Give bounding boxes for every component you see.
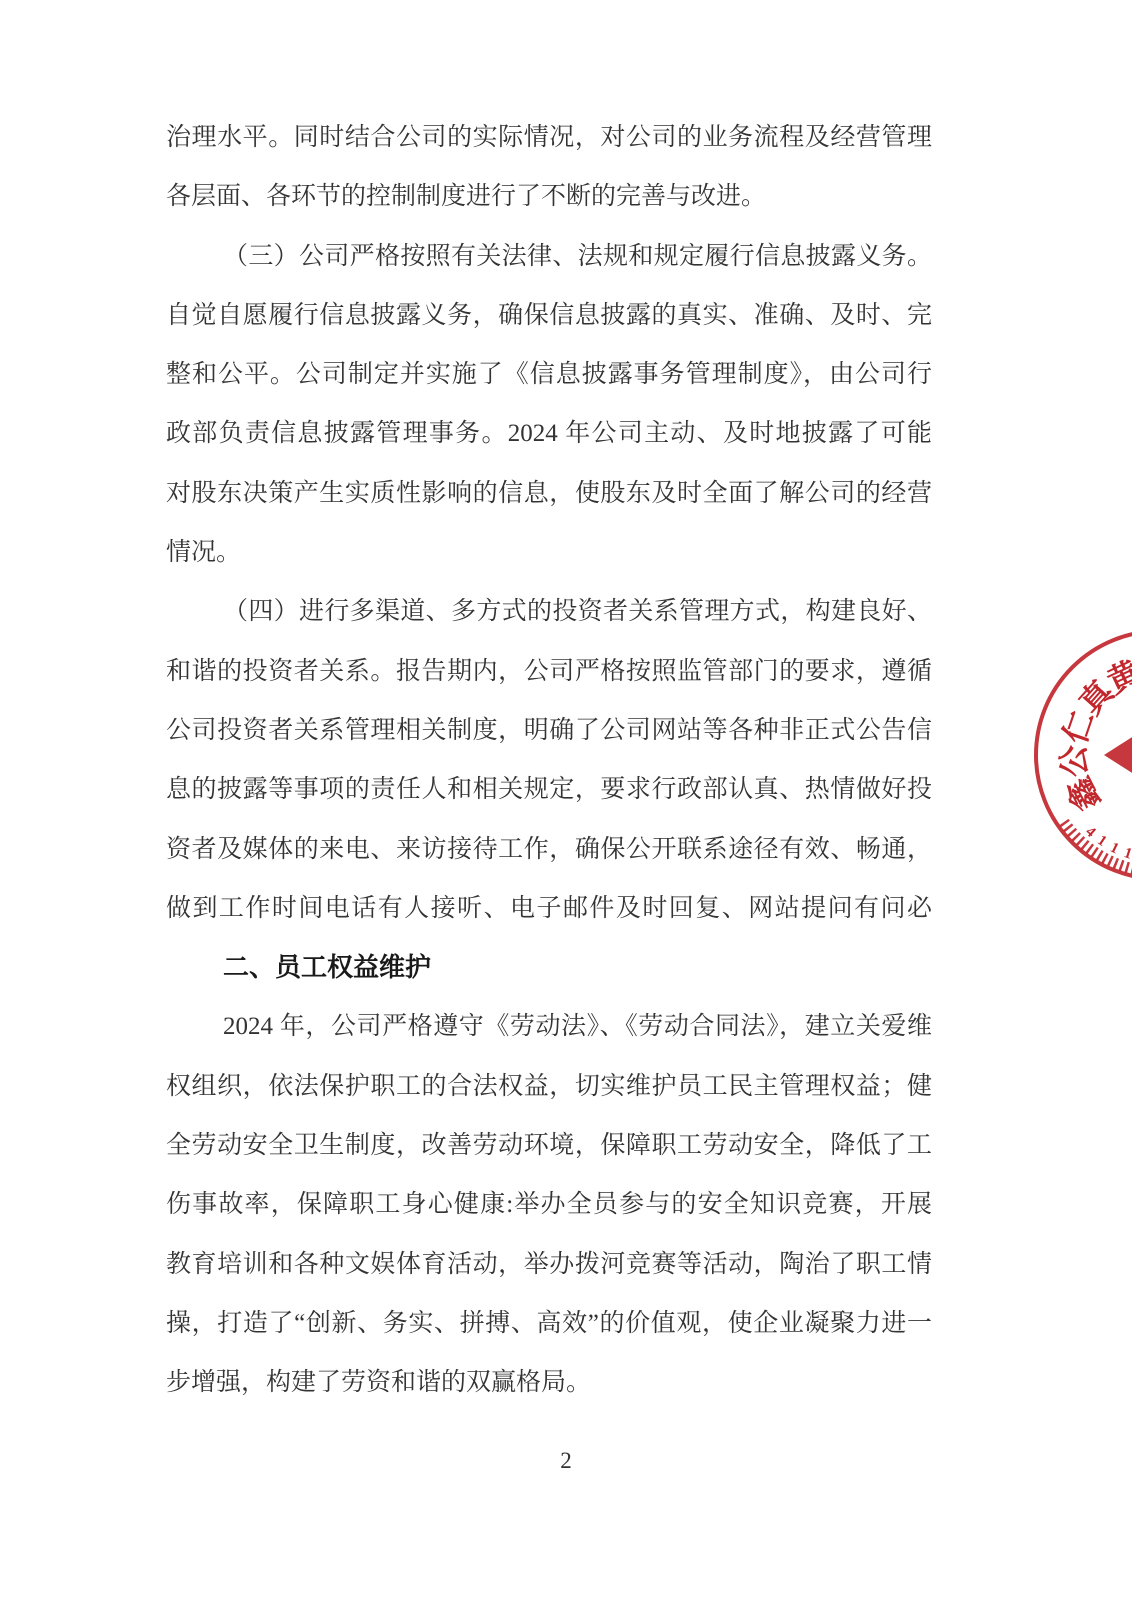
document-body: 治理水平。同时结合公司的实际情况，对公司的业务流程及经营管理各层面、各环节的控制… xyxy=(166,108,932,1413)
seal-character: 仁 xyxy=(1056,706,1100,748)
seal-serial-digit: 1 xyxy=(1094,832,1109,849)
text-line: 全劳动安全卫生制度，改善劳动环境，保障职工劳动安全，降低了工 xyxy=(166,1116,932,1175)
text-line: （三）公司严格按照有关法律、法规和规定履行信息披露义务。 xyxy=(166,227,932,286)
seal-character: 真 xyxy=(1072,673,1121,722)
seal-character: 鑫 xyxy=(1060,772,1107,817)
section-heading: 二、员工权益维护 xyxy=(166,938,932,997)
text-line: 和谐的投资者关系。报告期内，公司严格按照监管部门的要求，遵循 xyxy=(166,642,932,701)
page-number: 2 xyxy=(0,1448,1132,1474)
seal-outer-ring xyxy=(1036,631,1132,879)
text-line: 步增强，构建了劳资和谐的双赢格局。 xyxy=(166,1353,932,1412)
text-line: 公司投资者关系管理相关制度，明确了公司网站等各种非正式公告信 xyxy=(166,701,932,760)
seal-character: 黄 xyxy=(1102,653,1132,700)
text-line: 2024 年，公司严格遵守《劳动法》、《劳动合同法》，建立关爱维 xyxy=(166,997,932,1056)
text-line: 操，打造了“创新、务实、拼搏、高效”的价值观，使企业凝聚力进一 xyxy=(166,1294,932,1353)
seal-icon: 黄 真 仁 公 鑫 4 1 1 1 xyxy=(1032,628,1132,880)
text-line: （四）进行多渠道、多方式的投资者关系管理方式，构建良好、 xyxy=(166,582,932,641)
text-line: 对股东决策产生实质性影响的信息，使股东及时全面了解公司的经营 xyxy=(166,464,932,523)
text-line: 息的披露等事项的责任人和相关规定，要求行政部认真、热情做好投 xyxy=(166,760,932,819)
text-line: 治理水平。同时结合公司的实际情况，对公司的业务流程及经营管理 xyxy=(166,108,932,167)
text-line: 整和公平。公司制定并实施了《信息披露事务管理制度》，由公司行 xyxy=(166,345,932,404)
text-line: 自觉自愿履行信息披露义务，确保信息披露的真实、准确、及时、完 xyxy=(166,286,932,345)
text-line: 权组织，依法保护职工的合法权益，切实维护员工民主管理权益；健 xyxy=(166,1057,932,1116)
company-seal-stamp: 黄 真 仁 公 鑫 4 1 1 1 xyxy=(1032,628,1132,880)
seal-star-icon xyxy=(1104,732,1132,778)
text-line: 情况。 xyxy=(166,523,932,582)
text-line: 各层面、各环节的控制制度进行了不断的完善与改进。 xyxy=(166,167,932,226)
document-page: 治理水平。同时结合公司的实际情况，对公司的业务流程及经营管理各层面、各环节的控制… xyxy=(0,0,1132,1600)
seal-serial-digit: 4 xyxy=(1082,824,1099,841)
text-line: 资者及媒体的来电、来访接待工作，确保公开联系途径有效、畅通， xyxy=(166,820,932,879)
text-line: 政部负责信息披露管理事务。2024 年公司主动、及时地披露了可能 xyxy=(166,404,932,463)
text-line: 做到工作时间电话有人接听、电子邮件及时回复、网站提问有问必答。 xyxy=(166,879,932,938)
text-line: 教育培训和各种文娱体育活动，举办拨河竞赛等活动，陶治了职工情 xyxy=(166,1235,932,1294)
seal-character: 公 xyxy=(1055,744,1093,778)
seal-serial-digit: 1 xyxy=(1108,840,1122,858)
seal-serial-digit: 1 xyxy=(1122,845,1132,863)
text-line: 伤事故率，保障职工身心健康:举办全员参与的安全知识竞赛，开展 xyxy=(166,1175,932,1234)
seal-serrated-arc xyxy=(1064,822,1132,872)
